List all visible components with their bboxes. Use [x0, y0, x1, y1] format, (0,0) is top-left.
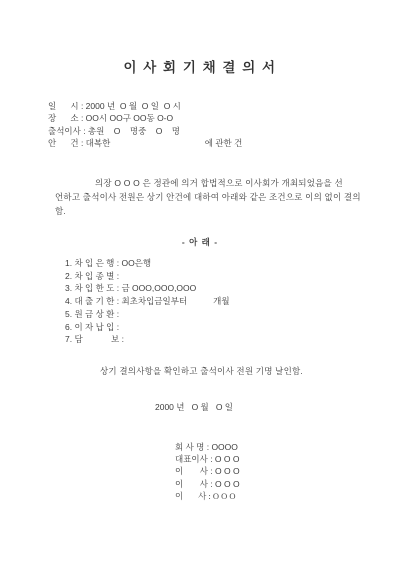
meta-row-attendees: 출석이사 : 총원 O 명중 O 명	[48, 125, 242, 137]
paragraph-line: 언하고 출석이사 전원은 상기 안건에 대하여 아래와 같은 조건으로 이의 없…	[55, 190, 361, 204]
document-title: 이 사 회 기 채 결 의 서	[0, 56, 400, 76]
signature-row-director-3: 이 사 : O O O	[175, 490, 240, 502]
meta-row-datetime: 일 시 : 2000 년 O 월 O 일 O 시	[48, 100, 242, 112]
meta-row-agenda: 안 건 : 대복한 에 관한 건	[48, 137, 242, 149]
signature-row-company-name: 회 사 명 : OOOO	[175, 441, 240, 453]
list-item-collateral: 7. 담 보 :	[65, 333, 230, 346]
signature-row-director-2: 이 사 : O O O	[175, 478, 240, 490]
list-item-interest-payment: 6. 이 자 납 입 :	[65, 321, 230, 334]
list-item-borrowing-limit: 3. 차 입 한 도 : 금 OOO,OOO,OOO	[65, 282, 230, 295]
list-item-loan-term: 4. 대 출 기 한 : 최초차입금일부터 개월	[65, 295, 230, 308]
signature-block: 회 사 명 : OOOO 대표이사 : O O O 이 사 : O O O 이 …	[175, 441, 240, 502]
confirmation-sentence: 상기 결의사항을 확인하고 출석이사 전원 기명 날인함.	[100, 365, 303, 377]
signature-row-director-1: 이 사 : O O O	[175, 465, 240, 477]
below-section-heading: - 아 래 -	[0, 236, 400, 248]
meta-block: 일 시 : 2000 년 O 월 O 일 O 시 장 소 : OO시 OO구 O…	[48, 100, 242, 149]
meta-row-place: 장 소 : OO시 OO구 OO동 O-O	[48, 112, 242, 124]
paragraph-line: 함.	[55, 204, 361, 218]
list-item-borrowing-bank: 1. 차 입 은 행 : OO은행	[65, 257, 230, 270]
resolution-paragraph: 의장 O O O 은 정관에 의거 합법적으로 이사회가 개최되었음을 선 언하…	[55, 176, 361, 218]
paragraph-line: 의장 O O O 은 정관에 의거 합법적으로 이사회가 개최되었음을 선	[55, 176, 361, 190]
list-item-principal-repayment: 5. 원 금 상 환 :	[65, 308, 230, 321]
document-page: 이 사 회 기 채 결 의 서 일 시 : 2000 년 O 월 O 일 O 시…	[0, 0, 400, 566]
date-line: 2000 년 O 월 O 일	[155, 401, 233, 413]
list-item-borrowing-type: 2. 차 입 종 별 :	[65, 270, 230, 283]
signature-row-ceo: 대표이사 : O O O	[175, 453, 240, 465]
loan-terms-list: 1. 차 입 은 행 : OO은행 2. 차 입 종 별 : 3. 차 입 한 …	[65, 257, 230, 346]
